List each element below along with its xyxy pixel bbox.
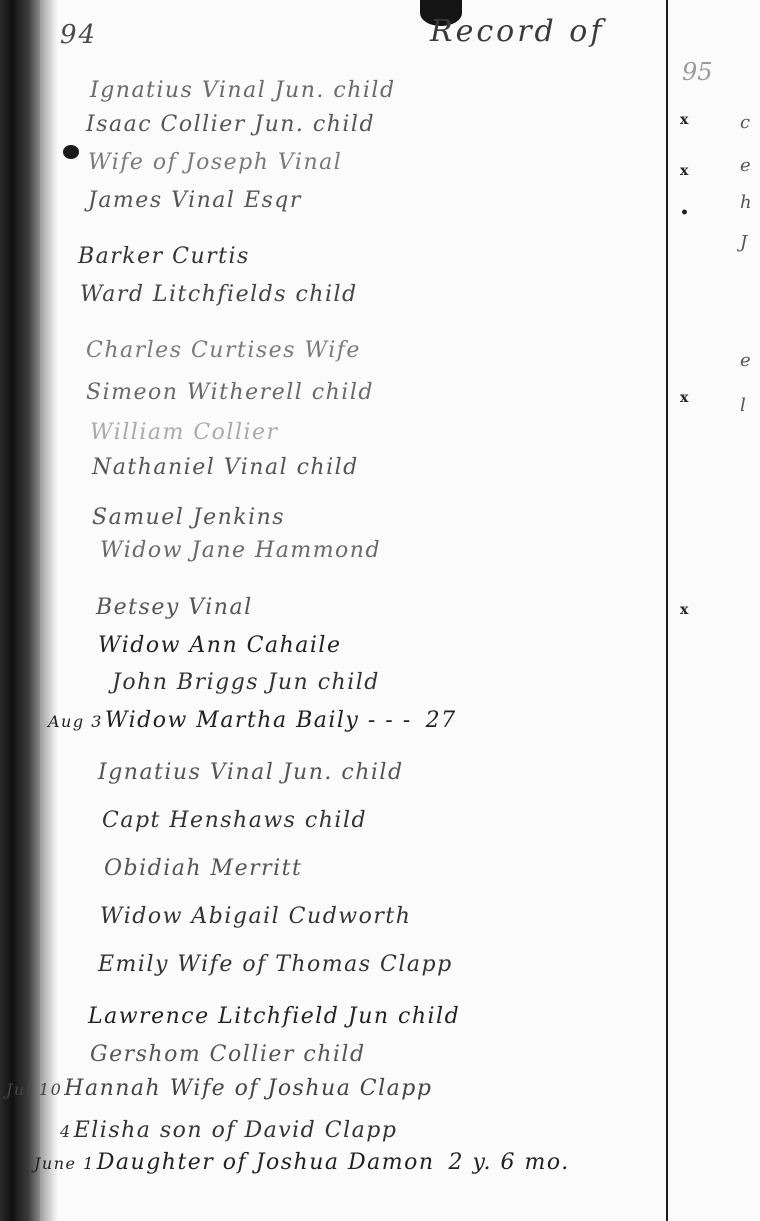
record-entry: James Vinal Esqr bbox=[88, 188, 302, 213]
entry-name: Widow Jane Hammond bbox=[100, 538, 381, 563]
record-entry: Widow Ann Cahaile bbox=[98, 633, 341, 658]
right-column-text-fragment: J bbox=[740, 232, 747, 253]
entry-name: John Briggs Jun child bbox=[112, 670, 380, 695]
record-entry: Lawrence Litchfield Jun child bbox=[88, 1004, 460, 1029]
entry-name: Capt Henshaws child bbox=[102, 808, 367, 833]
record-entry: John Briggs Jun child bbox=[112, 670, 380, 695]
entry-name: Widow Ann Cahaile bbox=[98, 633, 341, 658]
entry-name: Betsey Vinal bbox=[96, 595, 253, 620]
binding-shadow bbox=[40, 0, 58, 1221]
record-entry: Ignatius Vinal Jun. child bbox=[98, 760, 404, 785]
right-column-text-fragment: e bbox=[740, 350, 751, 371]
book-binding-edge bbox=[0, 0, 40, 1221]
entry-date: Aug 3 bbox=[48, 712, 103, 731]
right-column-text-fragment: h bbox=[740, 192, 752, 213]
record-entry: 4Elisha son of David Clapp bbox=[60, 1118, 397, 1143]
entry-name: James Vinal Esqr bbox=[88, 188, 302, 213]
record-entry: Obidiah Merritt bbox=[104, 856, 302, 881]
entry-name: Ignatius Vinal Jun. child bbox=[90, 78, 396, 103]
margin-x-mark: • bbox=[680, 205, 689, 221]
record-entry: Jul 10Hannah Wife of Joshua Clapp bbox=[6, 1076, 432, 1101]
record-entry: Samuel Jenkins bbox=[92, 505, 285, 530]
right-column-text-fragment: l bbox=[740, 395, 746, 416]
entry-date: Jul 10 bbox=[6, 1080, 62, 1099]
entry-age: 27 bbox=[426, 708, 457, 733]
record-entry: Widow Jane Hammond bbox=[100, 538, 381, 563]
entry-name: Isaac Collier Jun. child bbox=[86, 112, 375, 137]
entry-name: Obidiah Merritt bbox=[104, 856, 302, 881]
record-entry: Charles Curtises Wife bbox=[86, 338, 361, 363]
record-entry: William Collier bbox=[90, 420, 279, 445]
column-divider-line bbox=[666, 0, 668, 1221]
record-entry: Aug 3Widow Martha Baily - - -27 bbox=[48, 708, 457, 733]
entry-date: June 1 bbox=[34, 1154, 95, 1173]
record-entry: Capt Henshaws child bbox=[102, 808, 367, 833]
record-entry: Emily Wife of Thomas Clapp bbox=[98, 952, 453, 977]
record-entry: Widow Abigail Cudworth bbox=[100, 904, 411, 929]
entry-name: Widow Martha Baily - - - bbox=[105, 708, 412, 733]
right-page-number: 95 bbox=[682, 58, 713, 86]
entry-name: Wife of Joseph Vinal bbox=[88, 150, 342, 175]
record-entry: Ignatius Vinal Jun. child bbox=[90, 78, 396, 103]
record-entry: Barker Curtis bbox=[78, 244, 250, 269]
record-entry: Ward Litchfields child bbox=[80, 282, 358, 307]
entry-name: Nathaniel Vinal child bbox=[92, 455, 359, 480]
margin-x-mark: x bbox=[680, 602, 688, 618]
ink-dot bbox=[63, 145, 79, 159]
entry-age: 2 y. 6 mo. bbox=[449, 1150, 570, 1175]
right-column-text-fragment: e bbox=[740, 155, 751, 176]
entry-name: Ward Litchfields child bbox=[80, 282, 358, 307]
entry-name: Emily Wife of Thomas Clapp bbox=[98, 952, 453, 977]
record-entry: Betsey Vinal bbox=[96, 595, 253, 620]
entry-name: William Collier bbox=[90, 420, 279, 445]
entry-name: Hannah Wife of Joshua Clapp bbox=[64, 1076, 432, 1101]
margin-x-mark: x bbox=[680, 163, 688, 179]
record-entry: Nathaniel Vinal child bbox=[92, 455, 359, 480]
record-entry: June 1Daughter of Joshua Damon2 y. 6 mo. bbox=[34, 1150, 570, 1175]
margin-x-mark: x bbox=[680, 390, 688, 406]
entry-name: Ignatius Vinal Jun. child bbox=[98, 760, 404, 785]
right-column-text-fragment: c bbox=[740, 112, 750, 133]
page-header: Record of bbox=[430, 14, 604, 49]
entry-name: Gershom Collier child bbox=[90, 1042, 366, 1067]
record-entry: Gershom Collier child bbox=[90, 1042, 366, 1067]
entry-date: 4 bbox=[60, 1122, 72, 1141]
entry-name: Daughter of Joshua Damon bbox=[97, 1150, 435, 1175]
margin-x-mark: x bbox=[680, 112, 688, 128]
entry-name: Widow Abigail Cudworth bbox=[100, 904, 411, 929]
page-number: 94 bbox=[60, 20, 97, 50]
record-entry: Isaac Collier Jun. child bbox=[86, 112, 375, 137]
entry-name: Lawrence Litchfield Jun child bbox=[88, 1004, 460, 1029]
entry-name: Barker Curtis bbox=[78, 244, 250, 269]
record-entry: Simeon Witherell child bbox=[86, 380, 374, 405]
entry-name: Charles Curtises Wife bbox=[86, 338, 361, 363]
entry-name: Simeon Witherell child bbox=[86, 380, 374, 405]
record-entry: Wife of Joseph Vinal bbox=[88, 150, 342, 175]
entry-name: Samuel Jenkins bbox=[92, 505, 285, 530]
entry-name: Elisha son of David Clapp bbox=[74, 1118, 398, 1143]
